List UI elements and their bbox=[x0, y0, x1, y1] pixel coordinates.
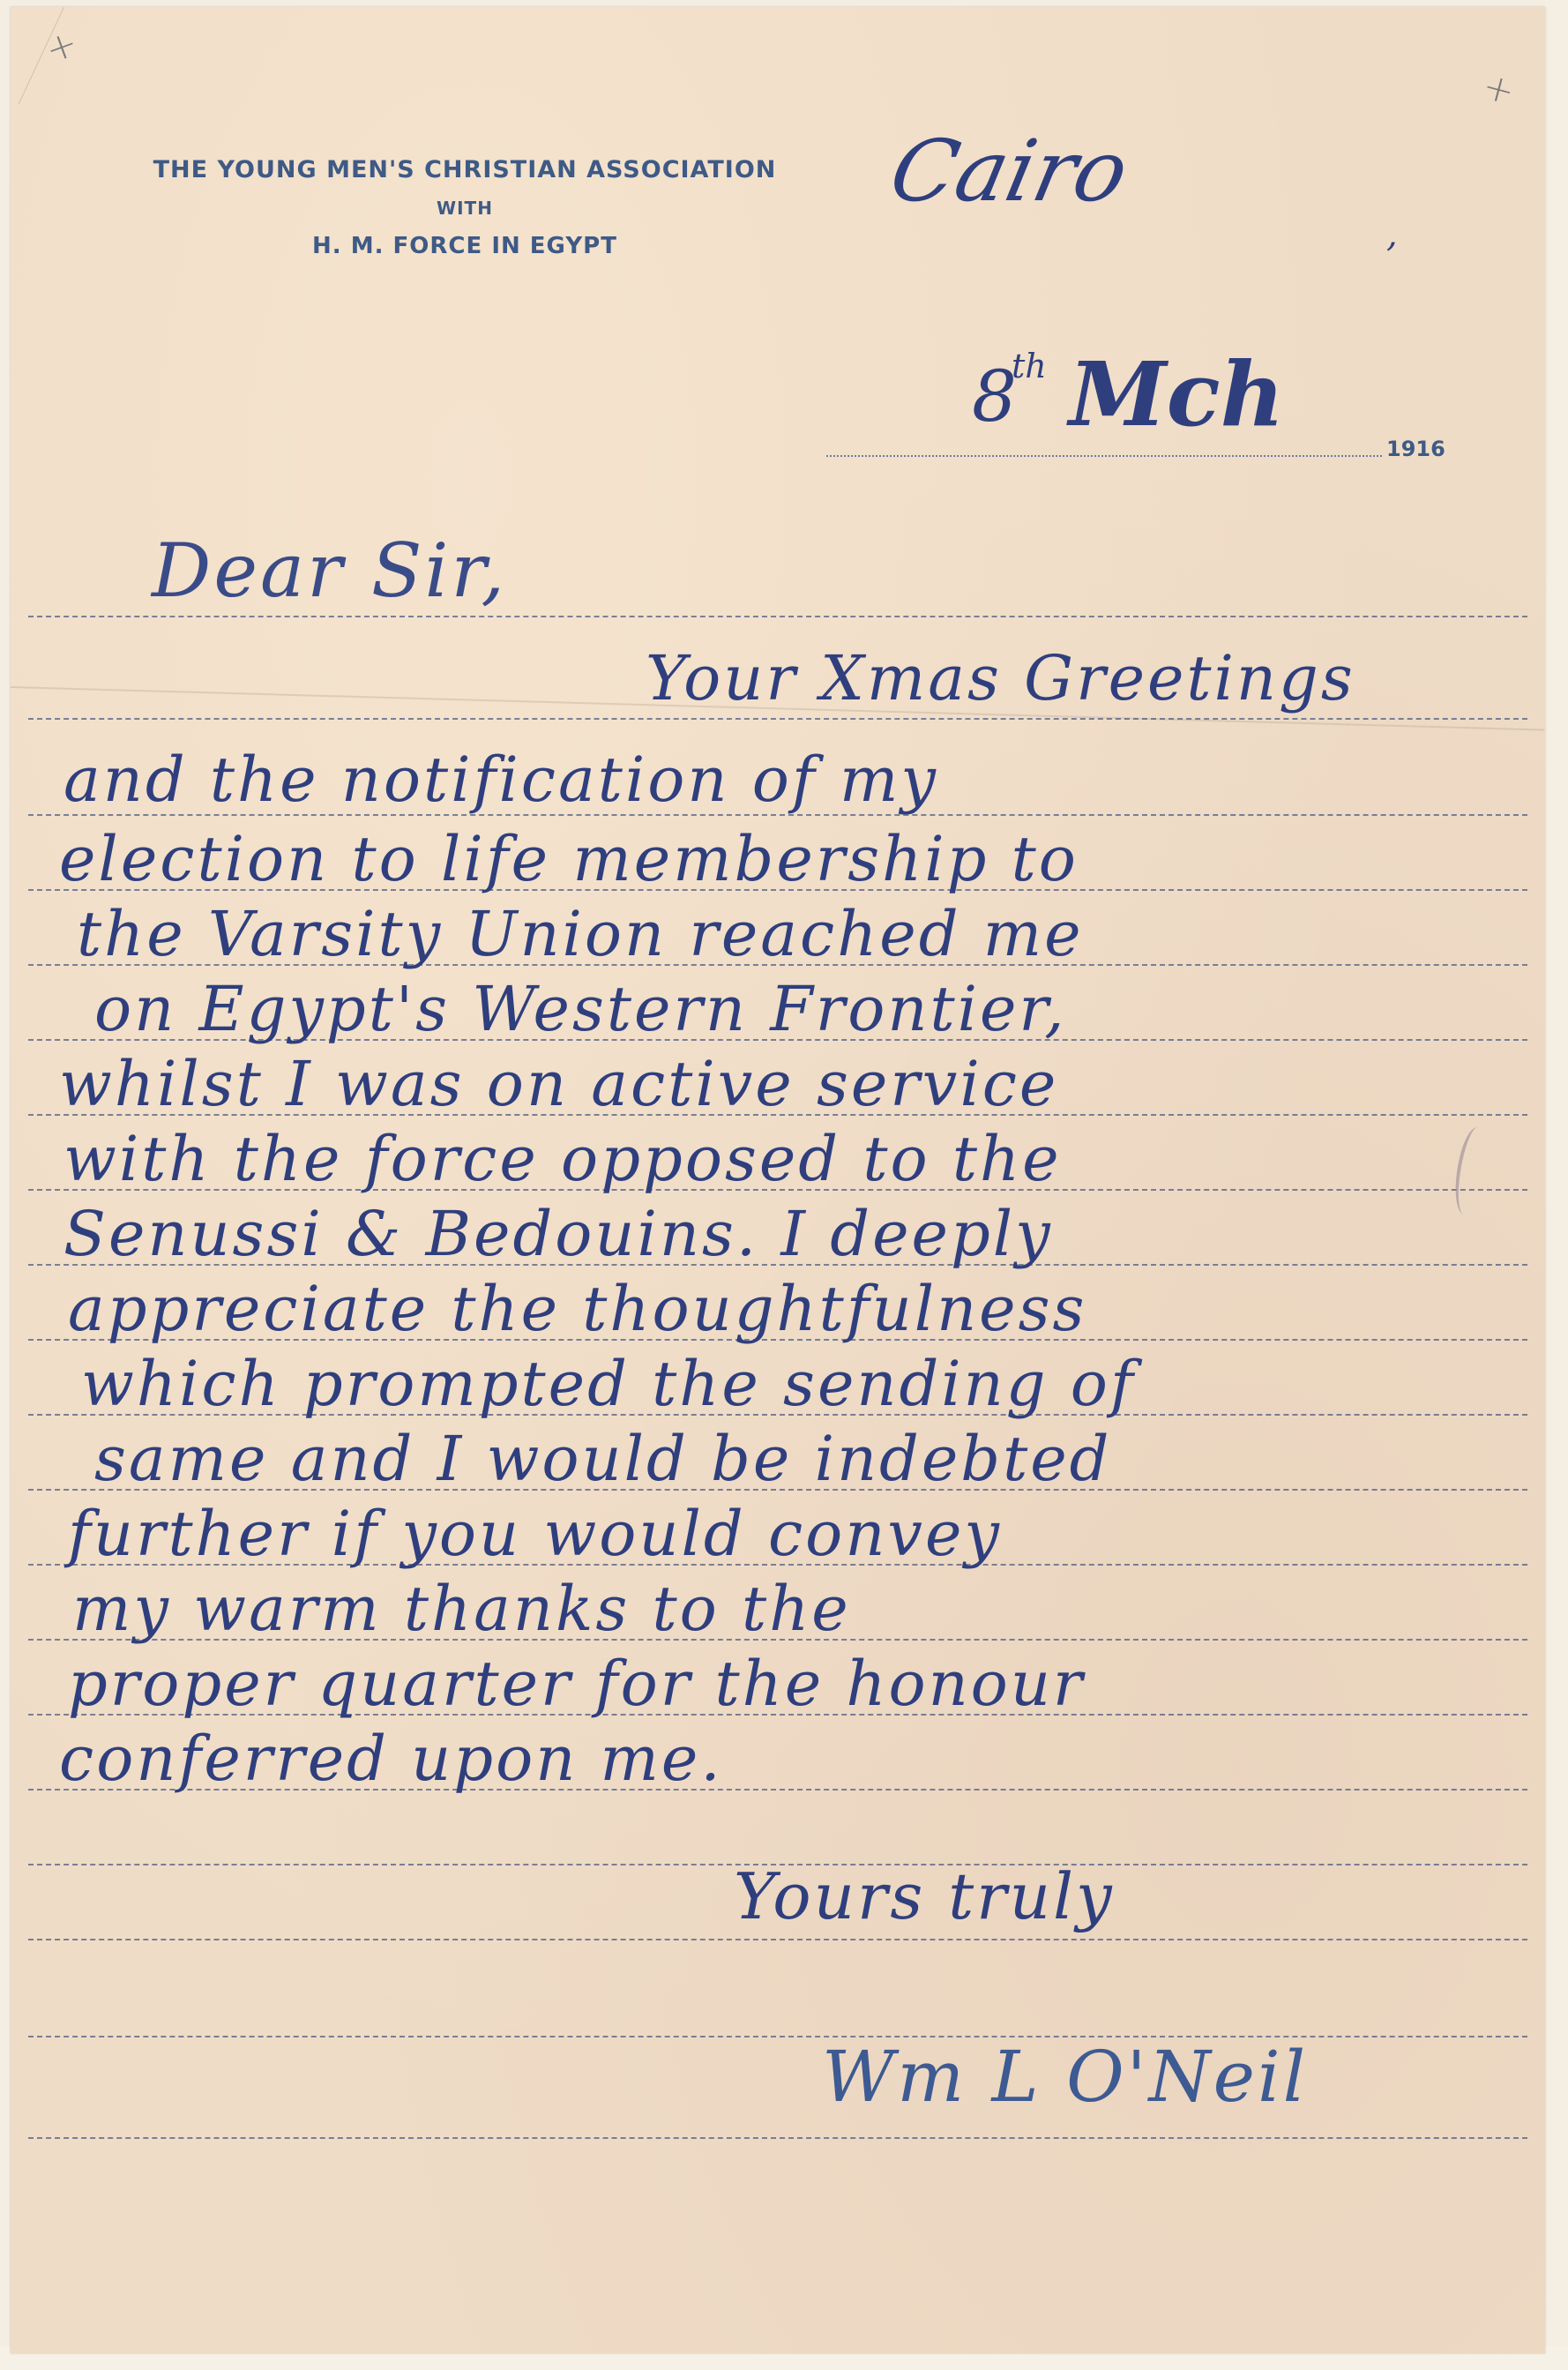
salutation: Dear Sir, bbox=[152, 527, 507, 614]
body-line: Your Xmas Greetings bbox=[646, 642, 1355, 714]
ruled-line bbox=[28, 616, 1527, 617]
body-line: on Egypt's Western Frontier, bbox=[94, 973, 1066, 1045]
place-punctuation: , bbox=[1386, 214, 1398, 255]
body-line: my warm thanks to the bbox=[72, 1573, 851, 1645]
body-line: same and I would be indebted bbox=[94, 1423, 1111, 1495]
ruled-line bbox=[28, 718, 1527, 720]
body-line: the Varsity Union reached me bbox=[77, 898, 1084, 970]
date-day-suffix: th bbox=[1012, 347, 1047, 385]
letterhead-organization: THE YOUNG MEN'S CHRISTIAN ASSOCIATION bbox=[116, 155, 813, 185]
body-line: proper quarter for the honour bbox=[68, 1648, 1085, 1720]
place-written: Cairo bbox=[882, 122, 1137, 221]
closing: Yours truly bbox=[734, 1859, 1115, 1933]
letterhead-force: H. M. FORCE IN EGYPT bbox=[116, 231, 813, 261]
body-line: whilst I was on active service bbox=[59, 1048, 1058, 1120]
body-line: election to life membership to bbox=[59, 823, 1079, 895]
letterhead-with: WITH bbox=[116, 196, 813, 221]
date-rule bbox=[826, 455, 1382, 457]
body-line: Senussi & Bedouins. I deeply bbox=[63, 1198, 1053, 1270]
body-line: further if you would convey bbox=[68, 1498, 1002, 1570]
body-line: with the force opposed to the bbox=[63, 1123, 1062, 1195]
body-line: conferred upon me. bbox=[59, 1723, 723, 1795]
ruled-line bbox=[28, 1939, 1527, 1940]
date-month: Mch bbox=[1069, 342, 1284, 446]
signature: Wm L O'Neil bbox=[822, 2036, 1308, 2118]
body-line: appreciate the thoughtfulness bbox=[68, 1273, 1086, 1345]
date-day: 8 bbox=[972, 355, 1017, 437]
body-line: and the notification of my bbox=[63, 744, 938, 816]
ruled-line bbox=[28, 2137, 1527, 2139]
pencil-cross-mark-right: + bbox=[1478, 64, 1519, 113]
body-line: which prompted the sending of bbox=[81, 1348, 1136, 1420]
letter-page: + + THE YOUNG MEN'S CHRISTIAN ASSOCIATIO… bbox=[11, 7, 1545, 2353]
letterhead: THE YOUNG MEN'S CHRISTIAN ASSOCIATION WI… bbox=[116, 155, 813, 261]
pencil-cross-mark-left: + bbox=[40, 20, 84, 71]
pencil-annotation-mark bbox=[1448, 1125, 1494, 1217]
date-year: 1916 bbox=[1386, 437, 1445, 461]
scan-background-right bbox=[1545, 0, 1568, 2370]
